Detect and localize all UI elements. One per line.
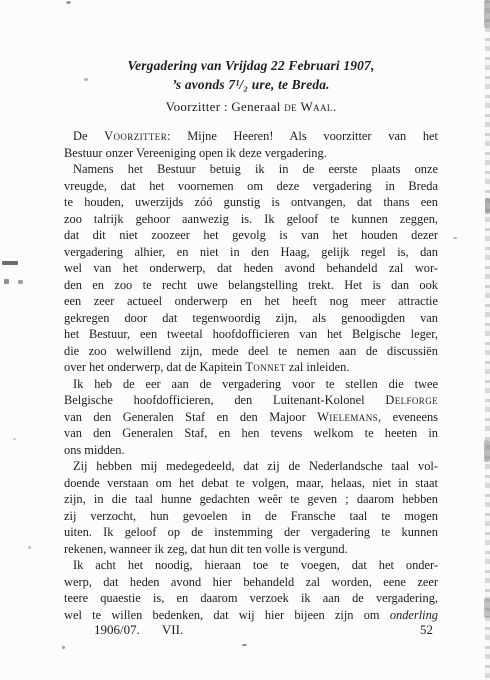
text-segment: ons midden. [64,443,125,457]
scan-edge-patch [484,598,490,618]
italic-word: onderling [390,608,438,622]
text-line: van den Generalen Staf, en hen tevens we… [64,425,438,442]
smallcaps-name: Delforge [385,393,438,407]
scan-speck [430,134,433,136]
text-segment: over het onderwerp, dat de Kapitein [64,360,245,374]
scan-edge-band [485,0,490,680]
scan-speck [62,646,65,649]
text-line: Zij hebben mij medegedeeld, dat zij de N… [64,458,438,475]
text-block: Vergadering van Vrijdag 22 Februari 1907… [64,0,438,680]
text-line: het Bestuur, een tweetal hoofdofficieren… [64,326,438,343]
text-segment: uiten. Ik geloof op de instemming der ve… [64,525,438,539]
text-segment: den en zoo te recht uwe belangstelling t… [64,278,438,292]
text-segment: Ik acht het noodig, hieraan toe te voege… [73,558,438,572]
page-number: 52 [420,621,433,638]
text-segment: die zoo welwillend zijn, mede deel te ne… [64,344,438,358]
text-segment: zal inleiden. [286,360,350,374]
scan-speck [66,1,71,4]
text-line: over het onderwerp, dat de Kapitein Tonn… [64,359,438,376]
text-segment: Voorzitter : Generaal [166,99,285,114]
scan-edge-patch [484,0,490,28]
text-line: teere quaestie is, en daarom verzoek ik … [64,590,438,607]
text-line: Namens het Bestuur betuig ik in de eerst… [64,161,438,178]
text-segment: wel van het onderwerp, dat heden avond b… [64,261,438,275]
text-line: Bestuur onzer Vereeniging open ik deze v… [64,145,438,162]
text-segment: het Bestuur, een tweetal hoofdofficieren… [64,327,438,341]
footer-part: VII. [162,622,183,637]
text-line: vreugde, dat het voornemen om deze verga… [64,178,438,195]
body-text: De Voorzitter: Mijne Heeren! Als voorzit… [64,128,438,623]
text-segment: een zeer actueel onderwerp en het heeft … [64,294,438,308]
scan-speck [28,546,31,549]
scan-speck [2,261,18,265]
text-line: zoo talrijk gehoor aanwezig is. Ik geloo… [64,211,438,228]
text-line: werp, dat heden avond hier behandeld zal… [64,574,438,591]
text-segment: . [333,99,337,114]
chairman-line: Voorzitter : Generaal de Waal. [64,99,438,115]
text-segment: van den Generalen Staf en den Majoor [64,410,317,424]
text-segment: Belgische hoofdofficieren, den Luitenant… [64,393,385,407]
text-line: Belgische hoofdofficieren, den Luitenant… [64,392,438,409]
text-line: dat dit niet zoozeer het gevolg is van h… [64,227,438,244]
scan-edge-patch [485,198,490,214]
text-segment: doende verstaan om het debat te volgen, … [64,476,438,490]
meeting-title-line-1: Vergadering van Vrijdag 22 Februari 1907… [64,57,438,74]
smallcaps-name: Wielemans [317,410,378,424]
text-segment: gekregen door dat tegenwoordig zijn, als… [64,311,438,325]
text-segment: zoo talrijk gehoor aanwezig is. Ik geloo… [64,212,438,226]
text-line: van den Generalen Staf en den Majoor Wie… [64,409,438,426]
text-line: zij verzocht, hun gevoelen in de Fransch… [64,508,438,525]
smallcaps-name: de Waal [284,99,333,114]
text-line: De Voorzitter: Mijne Heeren! Als voorzit… [64,128,438,145]
scan-speck [453,237,457,239]
scan-speck [242,644,247,646]
text-line: den en zoo te recht uwe belangstelling t… [64,277,438,294]
footer-volume: 1906/07. [94,622,140,637]
text-segment: De [73,129,104,143]
text-segment: Bestuur onzer Vereeniging open ik deze v… [64,146,327,160]
text-segment: vergadering alhier, en niet in den Haag,… [64,245,438,259]
text-segment: , eveneens [378,410,438,424]
text-line: die zoo welwillend zijn, mede deel te ne… [64,343,438,360]
scan-speck [13,438,16,440]
text-line: ons midden. [64,442,438,459]
text-segment: Zij hebben mij medegedeeld, dat zij de N… [73,459,438,473]
text-line: vergadering alhier, en niet in den Haag,… [64,244,438,261]
text-line: doende verstaan om het debat te volgen, … [64,475,438,492]
text-segment: zij verzocht, hun gevoelen in de Fransch… [64,509,438,523]
text-segment: van den Generalen Staf, en hen tevens we… [64,426,438,440]
smallcaps-name: Voorzitter [104,129,167,143]
text-segment: zijn, in die taal hunne gedachten weêr t… [64,492,438,506]
scan-speck [4,279,9,284]
text-segment: : Mijne Heeren! Als voorzitter van het [167,129,438,143]
text-segment: vreugde, dat het voornemen om deze verga… [64,179,438,193]
text-line: uiten. Ik geloof op de instemming der ve… [64,524,438,541]
text-segment: werp, dat heden avond hier behandeld zal… [64,575,438,589]
text-line: een zeer actueel onderwerp en het heeft … [64,293,438,310]
scan-edge-patch [484,440,490,462]
text-line: Ik acht het noodig, hieraan toe te voege… [64,557,438,574]
text-segment: teere quaestie is, en daarom verzoek ik … [64,591,438,605]
scan-speck [18,280,23,284]
smallcaps-name: Tonnet [245,360,285,374]
text-line: wel van het onderwerp, dat heden avond b… [64,260,438,277]
scanned-page: Vergadering van Vrijdag 22 Februari 1907… [0,0,490,680]
text-segment: te houden, uwerzijds zóó gunstig is ontv… [64,195,438,209]
text-line: te houden, uwerzijds zóó gunstig is ontv… [64,194,438,211]
text-line: Ik heb de eer aan de vergadering voor te… [64,376,438,393]
text-line: zijn, in die taal hunne gedachten weêr t… [64,491,438,508]
page-footer: 1906/07.VII. 52 [64,621,438,638]
text-segment: wel te willen bedenken, dat wij hier bij… [64,608,390,622]
text-segment: rekenen, wanneer ik zeg, dat hun dit ten… [64,542,348,556]
meeting-title-line-2: ’s avonds 7¹/₂ ure, te Breda. [64,76,438,93]
scan-speck [84,78,88,81]
text-segment: Namens het Bestuur betuig ik in de eerst… [73,162,438,176]
text-line: gekregen door dat tegenwoordig zijn, als… [64,310,438,327]
text-segment: Ik heb de eer aan de vergadering voor te… [73,377,438,391]
text-segment: dat dit niet zoozeer het gevolg is van h… [64,228,438,242]
text-line: rekenen, wanneer ik zeg, dat hun dit ten… [64,541,438,558]
